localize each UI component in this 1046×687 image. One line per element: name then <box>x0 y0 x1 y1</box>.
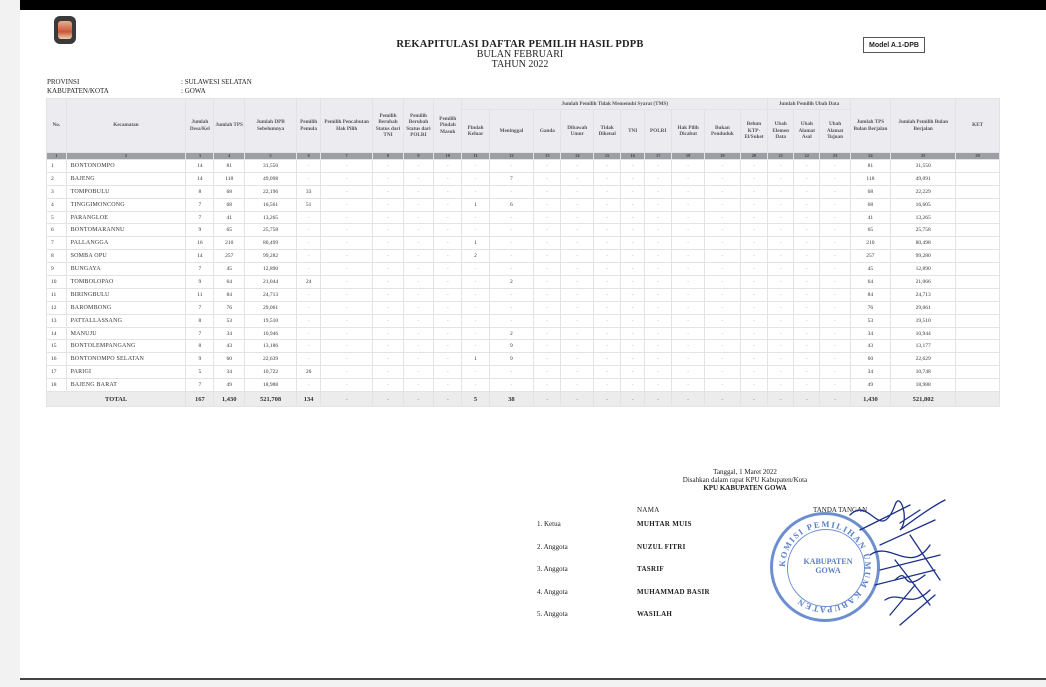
cell-value: 7 <box>489 172 534 185</box>
cell-value: - <box>820 172 850 185</box>
cell-value: - <box>321 185 373 198</box>
column-number: 23 <box>820 153 850 160</box>
cell-value: - <box>768 172 794 185</box>
cell-value: - <box>794 237 820 250</box>
cell-value: - <box>321 263 373 276</box>
cell-value: - <box>561 263 594 276</box>
table-row: 12BAROMBONG77629,061------------------76… <box>47 301 1000 314</box>
cell-value: - <box>672 366 705 379</box>
cell-value: - <box>321 198 373 211</box>
cell-value: 64 <box>214 276 244 289</box>
cell-value: - <box>489 211 534 224</box>
cell-value: - <box>621 263 645 276</box>
cell-value: 16,605 <box>891 198 956 211</box>
cell-value: - <box>373 379 403 392</box>
cell-value: - <box>373 327 403 340</box>
cell-value: - <box>462 366 489 379</box>
cell-value: - <box>489 237 534 250</box>
cell-value: - <box>645 224 672 237</box>
cell-value: 18,988 <box>891 379 956 392</box>
cell-value: - <box>768 263 794 276</box>
cell-value: - <box>561 327 594 340</box>
cell-value: - <box>645 379 672 392</box>
cell-value: - <box>594 366 621 379</box>
cell-value: - <box>594 237 621 250</box>
cell-value: - <box>594 185 621 198</box>
approval-statement: Disahkan dalam rapat KPU Kabupaten/Kota <box>650 476 840 484</box>
column-number: 4 <box>214 153 244 160</box>
cell-value: - <box>672 185 705 198</box>
cell-value: - <box>740 263 767 276</box>
cell-value: - <box>297 224 321 237</box>
cell-value: - <box>434 237 462 250</box>
cell-value: 53 <box>214 314 244 327</box>
cell-value: - <box>561 172 594 185</box>
cell-value: - <box>403 237 433 250</box>
cell-value: - <box>768 353 794 366</box>
cell-value: 21,066 <box>891 276 956 289</box>
table-row: 4TINGGIMONCONG76816,56151----16---------… <box>47 198 1000 211</box>
cell-value: - <box>434 314 462 327</box>
table-row: 2BAJENG1411849,098------7-----------1184… <box>47 172 1000 185</box>
cell-value: - <box>373 301 403 314</box>
row-number: 17 <box>47 366 67 379</box>
cell-value: - <box>621 276 645 289</box>
total-value: - <box>534 392 561 407</box>
column-number: 18 <box>672 153 705 160</box>
cell-value: 18,988 <box>244 379 296 392</box>
photo-top-edge <box>20 0 1046 10</box>
cell-value: - <box>403 250 433 263</box>
cell-value <box>956 160 1000 173</box>
cell-value: - <box>820 276 850 289</box>
cell-value: 118 <box>214 172 244 185</box>
approval-date: Tanggal, 1 Maret 2022 <box>650 468 840 476</box>
cell-value: - <box>321 327 373 340</box>
cell-value: - <box>820 314 850 327</box>
col-kecamatan: Kecamatan <box>66 99 186 153</box>
group-header-row: No. Kecamatan Jumlah Desa/Kel Jumlah TPS… <box>47 99 1000 110</box>
cell-value: 24 <box>297 276 321 289</box>
cell-value <box>956 379 1000 392</box>
cell-value: 14 <box>186 250 214 263</box>
cell-value: - <box>403 211 433 224</box>
cell-value: - <box>794 340 820 353</box>
cell-value: - <box>645 172 672 185</box>
cell-value: - <box>434 340 462 353</box>
row-number: 3 <box>47 185 67 198</box>
cell-value: - <box>768 198 794 211</box>
total-value: - <box>561 392 594 407</box>
cell-value: - <box>373 224 403 237</box>
cell-value: - <box>704 160 740 173</box>
cell-value <box>956 314 1000 327</box>
table-row: 14MANUJU73410,946------2-----------3410,… <box>47 327 1000 340</box>
cell-value: - <box>561 301 594 314</box>
total-value: - <box>321 392 373 407</box>
cell-value: - <box>645 237 672 250</box>
cell-value: 7 <box>186 327 214 340</box>
column-number: 29 <box>956 153 1000 160</box>
total-value: - <box>403 392 433 407</box>
cell-value: - <box>645 198 672 211</box>
cell-value <box>956 224 1000 237</box>
cell-value: 34 <box>850 327 890 340</box>
cell-value: - <box>704 301 740 314</box>
table-row: 1BONTONOMPO148131,550------------------8… <box>47 160 1000 173</box>
row-number: 11 <box>47 288 67 301</box>
cell-value: - <box>434 185 462 198</box>
column-number: 13 <box>534 153 561 160</box>
cell-value: 13,186 <box>244 340 296 353</box>
cell-value: - <box>672 250 705 263</box>
cell-value: - <box>534 340 561 353</box>
cell-value: - <box>794 379 820 392</box>
cell-value: 29,061 <box>891 301 956 314</box>
cell-value: 80,498 <box>891 237 956 250</box>
table-row: 8SOMBA OPU1425799,282-----2------------2… <box>47 250 1000 263</box>
column-number: 24 <box>850 153 890 160</box>
col-tni: TNI <box>621 110 645 153</box>
cell-value: - <box>403 340 433 353</box>
cell-value: - <box>704 211 740 224</box>
cell-value: - <box>534 314 561 327</box>
cell-value: - <box>489 263 534 276</box>
kecamatan-name: PATTALLASSANG <box>66 314 186 327</box>
cell-value: 34 <box>214 327 244 340</box>
col-no: No. <box>47 99 67 153</box>
cell-value: - <box>561 250 594 263</box>
cell-value: - <box>768 366 794 379</box>
cell-value: - <box>373 353 403 366</box>
column-number: 19 <box>704 153 740 160</box>
cell-value: 80,499 <box>244 237 296 250</box>
row-number: 10 <box>47 276 67 289</box>
cell-value: - <box>373 211 403 224</box>
cell-value: - <box>740 160 767 173</box>
cell-value: - <box>740 276 767 289</box>
cell-value: - <box>403 198 433 211</box>
column-number: 16 <box>621 153 645 160</box>
cell-value: - <box>434 250 462 263</box>
row-number: 8 <box>47 250 67 263</box>
cell-value: - <box>645 263 672 276</box>
cell-value: 5 <box>186 366 214 379</box>
total-value: - <box>434 392 462 407</box>
table-row: 5PARANGLOE74113,265------------------411… <box>47 211 1000 224</box>
cell-value: 99,282 <box>244 250 296 263</box>
cell-value: 26 <box>297 366 321 379</box>
cell-value: - <box>434 211 462 224</box>
row-number: 12 <box>47 301 67 314</box>
cell-value: - <box>740 172 767 185</box>
cell-value: - <box>561 288 594 301</box>
cell-value: - <box>297 160 321 173</box>
cell-value: - <box>794 314 820 327</box>
cell-value: 118 <box>850 172 890 185</box>
col-dibawah-umur: Dibawah Umur <box>561 110 594 153</box>
cell-value: - <box>740 314 767 327</box>
cell-value: - <box>321 237 373 250</box>
cell-value: - <box>820 263 850 276</box>
cell-value: - <box>621 172 645 185</box>
cell-value: - <box>534 211 561 224</box>
table-row: 3TOMPOBULU86822,19633-----------------68… <box>47 185 1000 198</box>
provinsi-label: PROVINSI <box>47 78 181 87</box>
cell-value: - <box>768 224 794 237</box>
cell-value: - <box>434 366 462 379</box>
col-dpb-prev: Jumlah DPB Sebelumnya <box>244 99 296 153</box>
cell-value: - <box>462 160 489 173</box>
cell-value: - <box>403 288 433 301</box>
cell-value: - <box>462 288 489 301</box>
col-hak-dicabut: Hak Pilih Dicabut <box>672 110 705 153</box>
col-ket: KET <box>956 99 1000 153</box>
cell-value: - <box>297 327 321 340</box>
cell-value: - <box>534 237 561 250</box>
cell-value <box>956 340 1000 353</box>
cell-value: - <box>561 160 594 173</box>
document-header: REKAPITULASI DAFTAR PEMILIH HASIL PDPB B… <box>330 40 710 70</box>
cell-value: - <box>740 198 767 211</box>
column-number: 5 <box>244 153 296 160</box>
cell-value: 81 <box>214 160 244 173</box>
cell-value: - <box>768 327 794 340</box>
cell-value: - <box>561 379 594 392</box>
kecamatan-name: MANUJU <box>66 327 186 340</box>
col-tps: Jumlah TPS <box>214 99 244 153</box>
total-row: TOTAL1671,430521,708134----538----------… <box>47 392 1000 407</box>
cell-value: - <box>740 301 767 314</box>
cell-value: 8 <box>186 185 214 198</box>
cell-value: 16,561 <box>244 198 296 211</box>
cell-value: 8 <box>186 314 214 327</box>
column-number: 11 <box>462 153 489 160</box>
cell-value: - <box>534 160 561 173</box>
cell-value: 8 <box>186 340 214 353</box>
cell-value: - <box>561 276 594 289</box>
cell-value: - <box>561 340 594 353</box>
cell-value: 13,265 <box>244 211 296 224</box>
cell-value: - <box>740 340 767 353</box>
cell-value: 34 <box>214 366 244 379</box>
cell-value: 210 <box>214 237 244 250</box>
cell-value: - <box>820 379 850 392</box>
cell-value: - <box>768 379 794 392</box>
provinsi-row: PROVINSI : SULAWESI SELATAN <box>47 78 252 87</box>
cell-value: - <box>321 353 373 366</box>
total-value: 5 <box>462 392 489 407</box>
cell-value: - <box>672 314 705 327</box>
total-value: 38 <box>489 392 534 407</box>
cell-value: - <box>768 340 794 353</box>
cell-value: 11 <box>186 288 214 301</box>
row-number: 6 <box>47 224 67 237</box>
cell-value: 2 <box>489 327 534 340</box>
row-number: 15 <box>47 340 67 353</box>
cell-value: 60 <box>850 353 890 366</box>
cell-value <box>956 276 1000 289</box>
cell-value: - <box>794 263 820 276</box>
column-number: 1 <box>47 153 67 160</box>
cell-value: - <box>297 288 321 301</box>
region-meta: PROVINSI : SULAWESI SELATAN KABUPATEN/KO… <box>47 78 252 96</box>
column-number: 2 <box>66 153 186 160</box>
cell-value: - <box>704 327 740 340</box>
cell-value: - <box>434 276 462 289</box>
cell-value: - <box>621 327 645 340</box>
cell-value: 68 <box>850 185 890 198</box>
cell-value: - <box>794 327 820 340</box>
kecamatan-name: TOMPOBULU <box>66 185 186 198</box>
cell-value: - <box>794 250 820 263</box>
total-value: - <box>768 392 794 407</box>
cell-value: - <box>621 340 645 353</box>
cell-value: 84 <box>850 288 890 301</box>
cell-value: - <box>534 379 561 392</box>
cell-value: 34 <box>850 366 890 379</box>
col-pemilih-now: Jumlah Pemilih Bulan Berjalan <box>891 99 956 153</box>
cell-value: - <box>434 353 462 366</box>
cell-value: - <box>561 314 594 327</box>
table-row: 15BONTOLEMPANGANG84313,186------9-------… <box>47 340 1000 353</box>
cell-value: - <box>594 198 621 211</box>
kecamatan-name: BIRINGBULU <box>66 288 186 301</box>
cell-value: - <box>594 327 621 340</box>
cell-value: - <box>672 353 705 366</box>
total-value: 521,708 <box>244 392 296 407</box>
cell-value: - <box>768 276 794 289</box>
cell-value: 49,091 <box>891 172 956 185</box>
cell-value: 9 <box>186 224 214 237</box>
column-number: 22 <box>794 153 820 160</box>
signatory-position: 2. Anggota <box>537 543 637 551</box>
cell-value: - <box>704 288 740 301</box>
cell-value: - <box>297 172 321 185</box>
cell-value: - <box>794 198 820 211</box>
cell-value: - <box>462 211 489 224</box>
cell-value: 45 <box>850 263 890 276</box>
col-bukan-penduduk: Bukan Penduduk <box>704 110 740 153</box>
signatory-position: 1. Ketua <box>537 520 637 528</box>
kecamatan-name: BAJENG BARAT <box>66 379 186 392</box>
cell-value: - <box>820 353 850 366</box>
cell-value: - <box>594 301 621 314</box>
cell-value: - <box>534 276 561 289</box>
cell-value: 14 <box>186 160 214 173</box>
kecamatan-name: SOMBA OPU <box>66 250 186 263</box>
row-number: 14 <box>47 327 67 340</box>
table-row: 10TOMBOLOPAO96421,04424-----2-----------… <box>47 276 1000 289</box>
total-value: - <box>594 392 621 407</box>
cell-value: - <box>594 314 621 327</box>
cell-value: - <box>297 237 321 250</box>
cell-value: 7 <box>186 379 214 392</box>
kecamatan-name: PARANGLOE <box>66 211 186 224</box>
cell-value: 76 <box>214 301 244 314</box>
cell-value: - <box>794 172 820 185</box>
cell-value: - <box>489 250 534 263</box>
cell-value: 13,265 <box>891 211 956 224</box>
cell-value: - <box>373 263 403 276</box>
cell-value: 68 <box>850 198 890 211</box>
cell-value: 51 <box>297 198 321 211</box>
cell-value <box>956 288 1000 301</box>
cell-value: - <box>489 366 534 379</box>
cell-value: 7 <box>186 198 214 211</box>
cell-value: - <box>704 237 740 250</box>
cell-value: 25,758 <box>891 224 956 237</box>
cell-value: - <box>645 276 672 289</box>
cell-value: - <box>321 288 373 301</box>
cell-value: - <box>704 224 740 237</box>
cell-value: - <box>645 250 672 263</box>
cell-value: 22,229 <box>891 185 956 198</box>
cell-value: - <box>704 276 740 289</box>
cell-value: - <box>321 340 373 353</box>
col-alamat-tujuan: Ubah Alamat Tujuan <box>820 110 850 153</box>
cell-value: - <box>403 379 433 392</box>
cell-value <box>956 185 1000 198</box>
cell-value: - <box>373 160 403 173</box>
cell-value: - <box>462 340 489 353</box>
cell-value: - <box>594 353 621 366</box>
cell-value: 9 <box>489 353 534 366</box>
cell-value: 41 <box>850 211 890 224</box>
total-label: TOTAL <box>47 392 186 407</box>
cell-value: - <box>534 250 561 263</box>
cell-value <box>956 198 1000 211</box>
cell-value: - <box>489 288 534 301</box>
cell-value: - <box>594 379 621 392</box>
col-polri: POLRI <box>645 110 672 153</box>
cell-value: 24,713 <box>891 288 956 301</box>
cell-value: 65 <box>214 224 244 237</box>
cell-value: 22,629 <box>891 353 956 366</box>
table-row: 6BONTOMARANNU96525,758------------------… <box>47 224 1000 237</box>
total-value <box>956 392 1000 407</box>
cell-value: 29,061 <box>244 301 296 314</box>
cell-value: - <box>768 301 794 314</box>
cell-value: 10,946 <box>244 327 296 340</box>
column-number: 10 <box>434 153 462 160</box>
cell-value: - <box>489 224 534 237</box>
cell-value <box>956 172 1000 185</box>
cell-value: 7 <box>186 301 214 314</box>
cell-value: - <box>434 160 462 173</box>
cell-value: - <box>434 224 462 237</box>
cell-value: - <box>434 198 462 211</box>
cell-value: - <box>704 198 740 211</box>
cell-value: - <box>462 263 489 276</box>
cell-value: - <box>621 250 645 263</box>
cell-value: - <box>740 327 767 340</box>
cell-value <box>956 301 1000 314</box>
col-pindah-keluar: Pindah Keluar <box>462 110 489 153</box>
cell-value: - <box>373 288 403 301</box>
cell-value: - <box>645 366 672 379</box>
cell-value: - <box>740 366 767 379</box>
cell-value: - <box>434 288 462 301</box>
column-number: 14 <box>561 153 594 160</box>
provinsi-value: : SULAWESI SELATAN <box>181 78 252 87</box>
table-body: 1BONTONOMPO148131,550------------------8… <box>47 160 1000 392</box>
cell-value: - <box>704 379 740 392</box>
cell-value: - <box>462 276 489 289</box>
cell-value: - <box>534 327 561 340</box>
cell-value: - <box>794 301 820 314</box>
cell-value: - <box>768 314 794 327</box>
